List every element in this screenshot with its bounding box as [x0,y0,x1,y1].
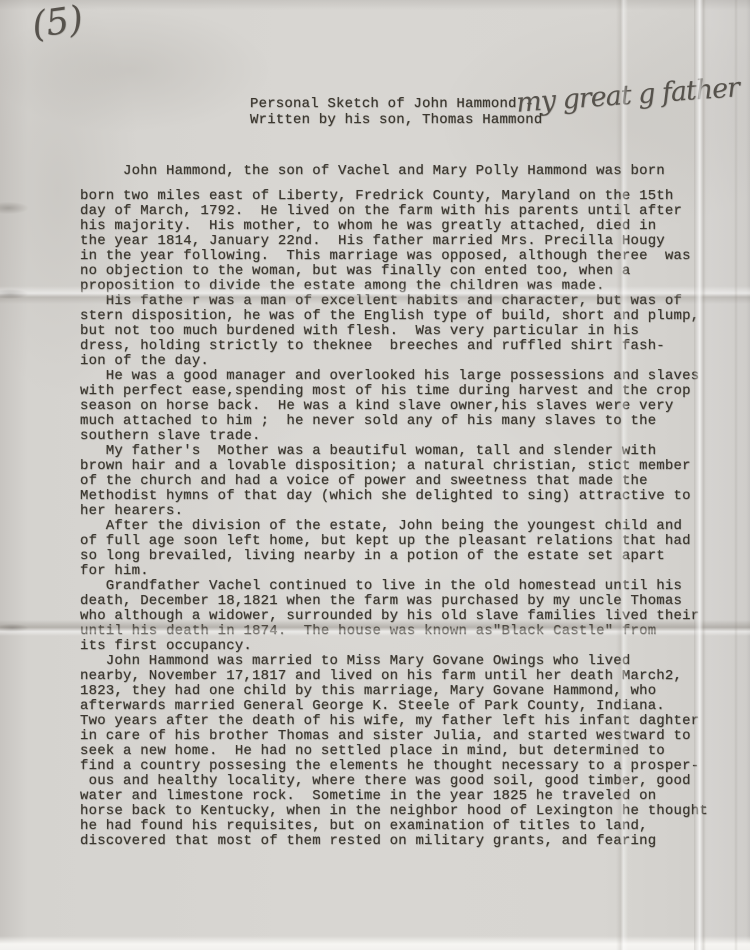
document-title: Personal Sketch of John Hammond - [250,97,542,113]
document-body: John Hammond, the son of Vachel and Mary… [80,164,708,849]
paragraph-7: John Hammond was married to Miss Mary Go… [80,654,708,849]
paragraph-3: He was a good manager and overlooked his… [80,369,708,444]
handwritten-page-number: (5) [29,0,85,46]
paragraph-4: My father's Mother was a beautiful woman… [80,444,708,519]
paragraph-5: After the division of the estate, John b… [80,519,708,579]
intro-line: John Hammond, the son of Vachel and Mary… [80,164,708,179]
paragraph-2: His fathe r was a man of excellent habit… [80,294,708,369]
document-subtitle: Written by his son, Thomas Hammond [250,113,542,129]
title-block: Personal Sketch of John Hammond - Writte… [250,97,542,128]
paragraph-6: Grandfather Vachel continued to live in … [80,579,708,654]
scanned-document: (5) Personal Sketch of John Hammond - Wr… [0,0,750,950]
paragraph-1: born two miles east of Liberty, Fredrick… [80,189,708,294]
